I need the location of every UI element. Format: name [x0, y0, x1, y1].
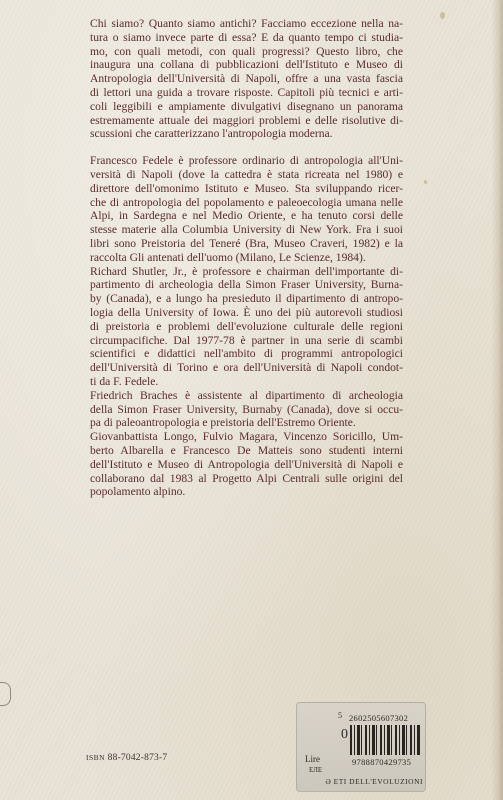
text-line: Giovanbattista Longo, Fulvio Magara, Vin…	[90, 430, 403, 444]
book-back-cover: Chi siamo? Quanto siamo antichi? Facciam…	[0, 0, 503, 800]
text-line: Antropologia dell'Università di Napoli, …	[90, 72, 403, 86]
text-line: della Simon Fraser University, Burnaby (…	[90, 403, 403, 417]
text-line: raccolta Gli antenati dell'uomo (Milano,…	[90, 251, 403, 265]
text-line: mo, con quali metodi, con quali progress…	[90, 45, 403, 59]
text-line: inaugura una collana di pubblicazioni de…	[90, 58, 403, 72]
text-line: Richard Shutler, Jr., è professore e cha…	[90, 265, 403, 279]
text-line: berto Albarella e Francesco De Matteis s…	[90, 444, 403, 458]
text-line: dell'Università di Torino e ora dell'Uni…	[90, 361, 403, 375]
text-line: partimento di archeologia della Simon Fr…	[90, 278, 403, 292]
isbn-number: ISBN 88-7042-873-7	[86, 753, 167, 763]
text-line: che di antropologia del popolamento e pa…	[90, 196, 403, 210]
isbn-prefix: ISBN	[86, 753, 105, 762]
back-cover-text: Chi siamo? Quanto siamo antichi? Facciam…	[90, 17, 403, 499]
text-line: circumpacifiche. Dal 1977-78 è partner i…	[90, 334, 403, 348]
blurb-paragraph: Chi siamo? Quanto siamo antichi? Facciam…	[90, 17, 403, 141]
text-line: collaborano dal 1983 al Progetto Alpi Ce…	[90, 472, 403, 486]
paper-stain	[424, 180, 427, 184]
text-line: versità di Napoli (dove la cattedra è st…	[90, 168, 403, 182]
edge-tear-mark	[0, 682, 11, 706]
paper-stain	[440, 12, 445, 19]
text-line: di lettori una guida a trovare risposte.…	[90, 86, 403, 100]
text-line: popolamento alpino.	[90, 485, 403, 499]
sticker-series-text: Ə ETI DELL'EVOLUZIONI	[301, 777, 423, 786]
text-line: estremamente attuale dei maggiori proble…	[90, 114, 403, 128]
isbn-value: 88-7042-873-7	[108, 753, 168, 763]
sticker-bottom-code: 9788870429735	[352, 757, 411, 767]
text-line: Francesco Fedele è professore ordinario …	[90, 154, 403, 168]
text-line: pa di paleoantropologia e preistoria del…	[90, 416, 403, 430]
text-line: by (Canada), e a lungo ha presieduto il …	[90, 292, 403, 306]
barcode-icon	[350, 725, 420, 755]
sticker-top-code: 2602505607302	[349, 713, 408, 723]
text-line: stesse materie alla Columbia University …	[90, 223, 403, 237]
text-line: dell'Istituto e Museo di Antropologia de…	[90, 458, 403, 472]
text-line: coli leggibili e ampiamente divulgativi …	[90, 100, 403, 114]
text-line: scussioni che caratterizzano l'antropolo…	[90, 127, 403, 141]
sticker-currency-sub: ЕЛЕ	[309, 766, 322, 774]
text-line: libri sono Preistoria del Teneré (Bra, M…	[90, 237, 403, 251]
authors-paragraph: Francesco Fedele è professore ordinario …	[90, 154, 403, 499]
sticker-large-digit: 0	[341, 727, 348, 743]
sticker-small-digit: 5	[338, 711, 342, 720]
price-sticker: 5 2602505607302 0 9788870429735 Lire ЕЛЕ…	[296, 702, 426, 792]
text-line: di preistoria e problemi dell'evoluzione…	[90, 320, 403, 334]
text-line: Alpi, in Sardegna e nel Medio Oriente, e…	[90, 209, 403, 223]
cover-edge-shadow	[491, 0, 503, 800]
text-line: Chi siamo? Quanto siamo antichi? Facciam…	[90, 17, 403, 31]
text-line: scientifici e didattici nell'ambito di p…	[90, 347, 403, 361]
text-line: direttore dell'omonimo Istituto e Museo.…	[90, 182, 403, 196]
text-line: tura o siamo invece parte di essa? E da …	[90, 31, 403, 45]
text-line: Friedrich Braches è assistente al dipart…	[90, 389, 403, 403]
sticker-currency-label: Lire	[305, 754, 320, 764]
text-line: logia della University of Iowa. È uno de…	[90, 306, 403, 320]
text-line: ti da F. Fedele.	[90, 375, 403, 389]
